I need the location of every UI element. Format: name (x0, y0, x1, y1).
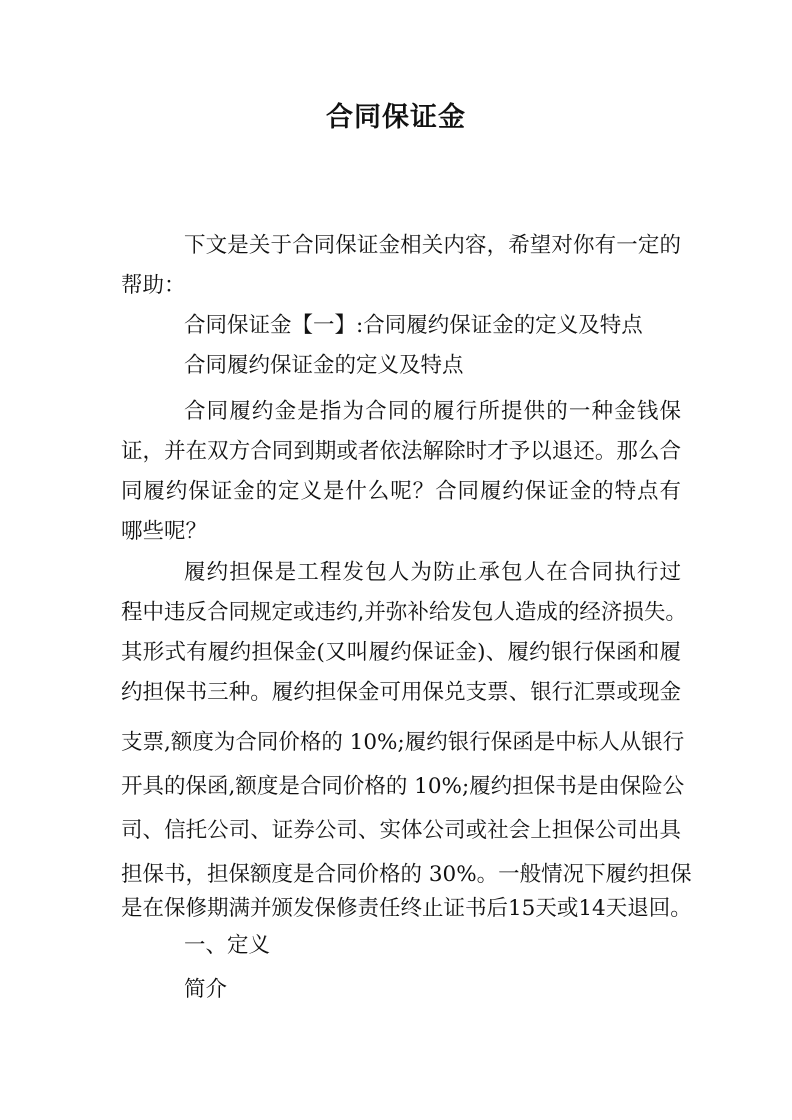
paragraph-line: 支票,额度为合同价格的 10%;履约银行保函是中标人从银行 (121, 723, 681, 763)
paragraph-line: 开具的保函,额度是合同价格的 10%;履约担保书是由保险公 (121, 767, 681, 807)
paragraph-line: 履约担保是工程发包人为防止承包人在合同执行过 (184, 553, 681, 593)
paragraph-line: 合同履约金是指为合同的履行所提供的一种金钱保 (184, 392, 681, 432)
paragraph-line: 同履约保证金的定义是什么呢？合同履约保证金的特点有 (121, 472, 681, 512)
paragraph-line: 证，并在双方合同到期或者依法解除时才予以退还。那么合 (121, 432, 681, 472)
paragraph-line: 简介 (184, 970, 681, 1010)
paragraph-line: 司、信托公司、证券公司、实体公司或社会上担保公司出具 (121, 811, 681, 851)
paragraph-line: 约担保书三种。履约担保金可用保兑支票、银行汇票或现金 (121, 673, 681, 713)
paragraph-line: 合同履约保证金的定义及特点 (184, 346, 681, 386)
paragraph-line: 哪些呢？ (121, 512, 681, 552)
document-page: 合同保证金 下文是关于合同保证金相关内容，希望对你有一定的帮助：合同保证金【一】… (0, 0, 792, 1120)
paragraph-line: 帮助： (121, 266, 681, 306)
document-title: 合同保证金 (0, 96, 792, 140)
paragraph-line: 合同保证金【一】:合同履约保证金的定义及特点 (184, 306, 681, 346)
paragraph-line: 一、定义 (184, 926, 681, 966)
paragraph-line: 其形式有履约担保金(又叫履约保证金)、履约银行保函和履 (121, 633, 681, 673)
paragraph-line: 下文是关于合同保证金相关内容，希望对你有一定的 (184, 226, 681, 266)
paragraph-line: 是在保修期满并颁发保修责任终止证书后15天或14天退回。 (121, 889, 681, 929)
paragraph-line: 程中违反合同规定或违约,并弥补给发包人造成的经济损失。 (121, 593, 681, 633)
